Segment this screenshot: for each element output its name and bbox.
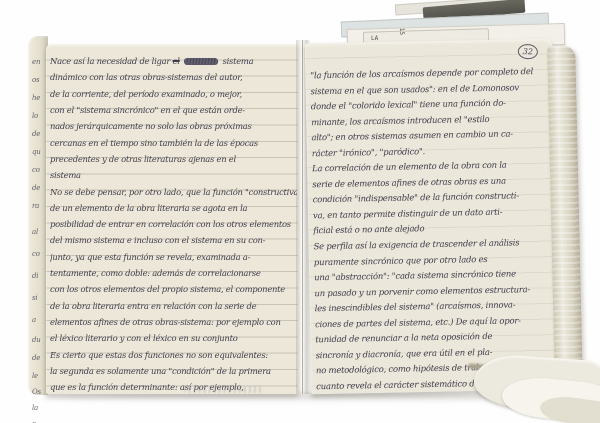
tucked-paper-label: 15	[398, 28, 405, 35]
margin-fragment: co	[32, 166, 40, 174]
left-page-stack-edge: en os he lo de qu co de ra al co di si a…	[28, 36, 48, 395]
handwritten-line: Es cierto que estas dos funciones no son…	[50, 347, 297, 363]
right-page: 32 "la función de los arcaísmos depende …	[305, 39, 560, 395]
handwritten-line: No se debe pensar, por otro lado, que la…	[50, 184, 297, 200]
margin-fragment: de	[32, 130, 40, 138]
handwritten-line: con los otros elementos del propio siste…	[50, 281, 297, 297]
margin-fragment: de	[32, 354, 40, 362]
line1-post: sistema	[223, 56, 254, 66]
handwritten-line: del mismo sistema e incluso con el siste…	[50, 232, 297, 248]
margin-fragment: al	[32, 228, 38, 236]
handwritten-line: tentamente, como doble: además de correl…	[50, 265, 297, 281]
handwritten-line: sistema	[50, 167, 297, 183]
margin-fragment: a	[32, 316, 36, 324]
faint-pencil-note	[184, 386, 262, 393]
handwritten-line: elementos afines de otras obras-sistema:…	[50, 314, 297, 330]
book-shadow	[42, 393, 542, 403]
margin-fragment: os	[32, 76, 39, 84]
right-page-text: "la función de los arcaísmos depende por…	[310, 65, 556, 393]
margin-fragment: qu	[32, 148, 41, 156]
handwritten-line: de la corriente, del período examinado, …	[50, 86, 297, 102]
handwritten-line: de un elemento de la obra literaria se a…	[50, 200, 297, 216]
struck-word: el	[173, 56, 180, 66]
margin-fragment: la	[32, 404, 38, 412]
handwritten-line: dinámico con las otras obras-sistemas de…	[50, 69, 297, 85]
scribbled-out-word	[184, 58, 218, 65]
notebook-photo: 15 LA en os he lo de qu co de ra al co d…	[0, 0, 600, 423]
tucked-paper-label: LA	[371, 35, 378, 42]
handwritten-line: la segunda es solamente una "condición" …	[50, 363, 297, 379]
margin-fragment: lo	[32, 112, 38, 120]
line1-pre: Nace así la necesidad de ligar	[50, 56, 170, 66]
handwritten-line: de la obra literaria entra en relación c…	[50, 298, 297, 314]
margin-fragment: si	[32, 294, 37, 302]
margin-fragment: le	[32, 372, 38, 380]
handwritten-line: Nace así la necesidad de ligar el sistem…	[50, 53, 297, 69]
margin-fragment: Os	[32, 388, 41, 396]
margin-fragment: di	[32, 272, 38, 280]
margin-fragment: en	[32, 58, 40, 66]
margin-fragment: ra	[32, 202, 39, 210]
handwritten-line: posibilidad de entrar en correlación con…	[50, 216, 297, 232]
page-number-badge: 32	[517, 44, 538, 60]
left-page: Nace así la necesidad de ligar el sistem…	[46, 44, 298, 394]
handwritten-line: con el "sistema sincrónico" en el que es…	[50, 102, 297, 118]
handwritten-line: precedentes y de otras literaturas ajena…	[50, 151, 297, 167]
handwritten-line: el léxico literario y con el léxico en s…	[50, 330, 297, 346]
left-page-text: Nace así la necesidad de ligar el sistem…	[50, 53, 297, 392]
handwritten-line: cercanas en el tiempo sino también la de…	[50, 135, 297, 151]
margin-fragment: co	[32, 250, 40, 258]
margin-fragment: he	[32, 94, 40, 102]
handwritten-line: nados jerárquicamente no solo las obras …	[50, 118, 297, 134]
margin-fragment: de	[32, 184, 40, 192]
handwritten-line: junto, ya que esta función se revela, ex…	[50, 249, 297, 265]
margin-fragment: du	[32, 336, 41, 344]
